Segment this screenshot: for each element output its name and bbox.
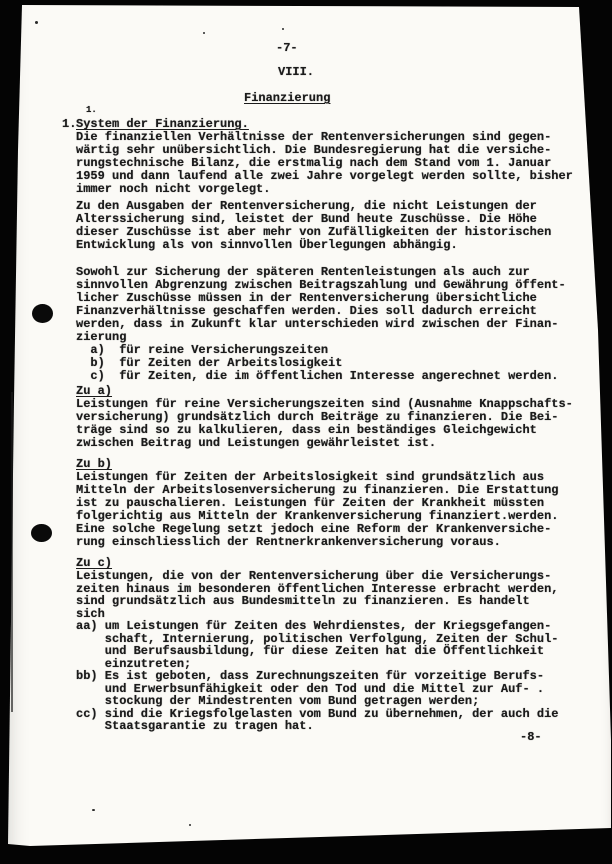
document-title: Finanzierung [244,92,330,105]
stray-typed-mark: 1. [86,104,97,117]
page-edge-crease [11,392,13,712]
scan-speck [92,809,95,811]
scan-speck [35,21,38,24]
paragraph-finanzverhaeltnisse-list: Sowohl zur Sicherung der späteren Renten… [76,266,566,383]
page-number-bottom: -8- [520,731,542,744]
scan-speck [282,28,284,30]
scanned-document: -7- VIII. Finanzierung 1. 1. System der … [0,0,612,864]
item1-number: 1. [62,118,76,131]
scan-speck [189,824,191,826]
section-number: VIII. [278,66,314,79]
zu-b-body: Leistungen für Zeiten der Arbeitslosigke… [76,471,558,549]
scan-speck [203,32,205,34]
zu-a-body: Leistungen für reine Versicherungszeiten… [76,398,573,450]
hole-punch-top [32,304,53,323]
page-number-top: -7- [276,42,298,55]
zu-c-body: Leistungen, die von der Rentenversicheru… [76,570,558,733]
paragraph-system-finanzierung: Die finanziellen Verhältnisse der Renten… [76,131,573,196]
hole-punch-bottom [31,524,52,542]
paragraph-bund-zuschuesse: Zu den Ausgaben der Rentenversicherung, … [76,200,551,252]
